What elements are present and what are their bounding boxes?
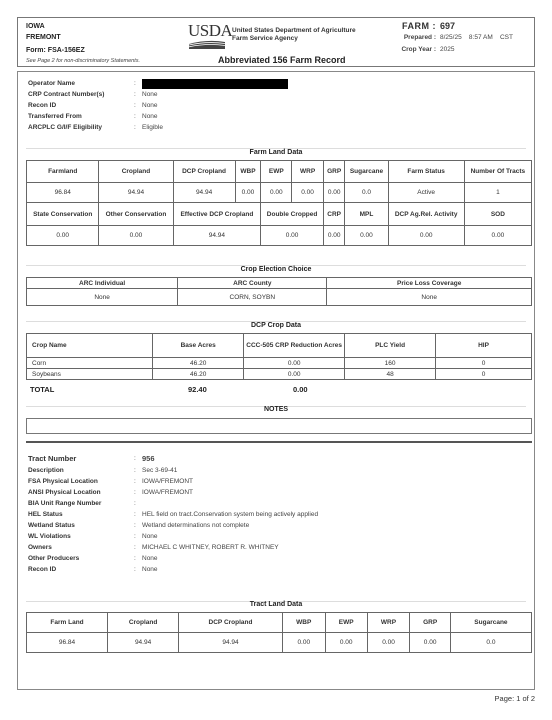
tract-number-row: Tract Number : 956 xyxy=(28,452,318,465)
table-cell: 0.00 xyxy=(235,183,261,203)
form-id: Form: FSA-156EZ xyxy=(26,45,140,56)
dcp-crop-data-title: DCP Crop Data xyxy=(26,322,526,329)
column-header: DCP Cropland xyxy=(173,161,235,183)
column-header: MPL xyxy=(345,203,388,226)
column-header: CRP xyxy=(323,203,345,226)
column-header: Sugarcane xyxy=(345,161,388,183)
field-value: Wetland determinations not complete xyxy=(142,520,249,531)
field-label: HEL Status xyxy=(28,509,134,520)
table-cell: 0.00 xyxy=(282,633,325,653)
document-header: IOWA FREMONT Form: FSA-156EZ See Page 2 … xyxy=(17,17,535,67)
dcp-total-label: TOTAL xyxy=(30,385,54,394)
crop-election-title: Crop Election Choice xyxy=(26,266,526,273)
column-header: DCP Cropland xyxy=(179,613,283,633)
field-value: None xyxy=(142,531,158,542)
field-value: Sec 3-69-41 xyxy=(142,465,177,476)
field-value: None xyxy=(142,564,158,575)
prepared-date: Prepared : 8/25/25 8:57 AM CST xyxy=(378,32,513,44)
table-header-row: Farm LandCroplandDCP CroplandWBPEWPWRPGR… xyxy=(27,613,532,633)
tract-field-row: Other Producers:None xyxy=(28,553,318,564)
table-cell: 1 xyxy=(464,183,531,203)
column-header: Crop Name xyxy=(27,334,153,358)
column-header: ARC County xyxy=(178,278,327,289)
field-value: IOWA/FREMONT xyxy=(142,476,193,487)
column-header: WRP xyxy=(367,613,410,633)
table-cell: 96.84 xyxy=(27,633,108,653)
logo-swoosh-icon xyxy=(189,40,225,49)
field-label: ANSI Physical Location xyxy=(28,487,134,498)
farm-land-data-table: FarmlandCroplandDCP CroplandWBPEWPWRPGRP… xyxy=(26,160,532,246)
tract-field-row: HEL Status:HEL field on tract.Conservati… xyxy=(28,509,318,520)
table-cell: 0.00 xyxy=(388,226,464,246)
column-header: ARC Individual xyxy=(27,278,178,289)
notes-title: NOTES xyxy=(26,406,526,413)
form-label: Form: xyxy=(26,47,46,54)
table-cell: 94.94 xyxy=(173,226,261,246)
farm-land-data-title: Farm Land Data xyxy=(26,149,526,156)
field-label: Recon ID xyxy=(28,564,134,575)
operator-name-row: Operator Name : xyxy=(28,78,288,89)
table-cell: 94.94 xyxy=(173,183,235,203)
tract-field-row: Description:Sec 3-69-41 xyxy=(28,465,318,476)
table-cell: 0.00 xyxy=(261,183,292,203)
tract-divider xyxy=(26,441,532,443)
column-header: Farm Land xyxy=(27,613,108,633)
column-header: Farm Status xyxy=(388,161,464,183)
table-row: NoneCORN, SOYBNNone xyxy=(27,289,532,306)
state-name: IOWA xyxy=(26,21,140,32)
column-header: Price Loss Coverage xyxy=(327,278,532,289)
column-header: Cropland xyxy=(99,161,173,183)
table-cell: 46.20 xyxy=(153,369,244,380)
table-cell: 0.00 xyxy=(464,226,531,246)
column-header: SOD xyxy=(464,203,531,226)
recon-id-row: Recon ID : None xyxy=(28,100,288,111)
column-header: Other Conservation xyxy=(99,203,173,226)
table-cell: None xyxy=(327,289,532,306)
table-cell: Corn xyxy=(27,358,153,369)
table-cell: 0.00 xyxy=(367,633,410,653)
table-cell: 0.00 xyxy=(410,633,450,653)
table-header-row: FarmlandCroplandDCP CroplandWBPEWPWRPGRP… xyxy=(27,161,532,183)
table-cell: 0.0 xyxy=(345,183,388,203)
header-farm-info: FARM : 697 Prepared : 8/25/25 8:57 AM CS… xyxy=(378,20,513,56)
field-value: None xyxy=(142,553,158,564)
column-header: Farmland xyxy=(27,161,99,183)
table-row: 0.000.0094.940.000.000.000.000.00 xyxy=(27,226,532,246)
table-cell: 0.00 xyxy=(99,226,173,246)
nondiscrimination-note: See Page 2 for non-discriminatory Statem… xyxy=(26,56,140,67)
tract-land-data-title: Tract Land Data xyxy=(26,601,526,608)
column-header: EWP xyxy=(325,613,367,633)
crop-election-table: ARC IndividualARC CountyPrice Loss Cover… xyxy=(26,277,532,306)
field-value: MICHAEL C WHITNEY, ROBERT R. WHITNEY xyxy=(142,542,279,553)
table-cell: 0.00 xyxy=(323,183,345,203)
document-title: Abbreviated 156 Farm Record xyxy=(218,55,346,65)
field-label: BIA Unit Range Number xyxy=(28,498,134,509)
table-header-row: State ConservationOther ConservationEffe… xyxy=(27,203,532,226)
table-cell: 94.94 xyxy=(108,633,179,653)
field-label: Other Producers xyxy=(28,553,134,564)
tract-field-row: Recon ID:None xyxy=(28,564,318,575)
header-location: IOWA FREMONT Form: FSA-156EZ See Page 2 … xyxy=(26,21,140,67)
table-cell: 0.00 xyxy=(244,358,345,369)
column-header: WBP xyxy=(282,613,325,633)
field-label: Wetland Status xyxy=(28,520,134,531)
field-value: HEL field on tract.Conservation system b… xyxy=(142,509,318,520)
field-label: Owners xyxy=(28,542,134,553)
table-cell: 160 xyxy=(345,358,436,369)
field-label: FSA Physical Location xyxy=(28,476,134,487)
column-header: Double Cropped xyxy=(261,203,324,226)
column-header: Base Acres xyxy=(153,334,244,358)
table-cell: None xyxy=(27,289,178,306)
column-header: State Conservation xyxy=(27,203,99,226)
tract-field-row: BIA Unit Range Number: xyxy=(28,498,318,509)
column-header: WBP xyxy=(235,161,261,183)
arcplc-eligibility-row: ARCPLC G/I/F Eligibility : Eligible xyxy=(28,122,288,133)
table-cell: 0.0 xyxy=(450,633,531,653)
table-row: Soybeans46.200.00480 xyxy=(27,369,532,380)
notes-box xyxy=(26,418,532,434)
operator-info: Operator Name : CRP Contract Number(s) :… xyxy=(28,78,288,133)
table-header-row: Crop NameBase AcresCCC-505 CRP Reduction… xyxy=(27,334,532,358)
crop-year: Crop Year : 2025 xyxy=(378,44,513,56)
crp-contract-row: CRP Contract Number(s) : None xyxy=(28,89,288,100)
table-row: 96.8494.9494.940.000.000.000.000.0 xyxy=(27,633,532,653)
county-name: FREMONT xyxy=(26,32,140,43)
table-cell: 0 xyxy=(436,358,532,369)
table-cell: 0 xyxy=(436,369,532,380)
table-cell: 48 xyxy=(345,369,436,380)
field-label: WL Violations xyxy=(28,531,134,542)
tract-fields: Description:Sec 3-69-41FSA Physical Loca… xyxy=(28,465,318,575)
column-header: Effective DCP Cropland xyxy=(173,203,261,226)
agency-name: United States Department of Agriculture … xyxy=(232,27,356,43)
farm-record-body: Operator Name : CRP Contract Number(s) :… xyxy=(17,71,535,690)
table-cell: 0.00 xyxy=(261,226,324,246)
column-header: PLC Yield xyxy=(345,334,436,358)
table-cell: 0.00 xyxy=(27,226,99,246)
tract-field-row: Owners:MICHAEL C WHITNEY, ROBERT R. WHIT… xyxy=(28,542,318,553)
column-header: WRP xyxy=(292,161,324,183)
tract-field-row: WL Violations:None xyxy=(28,531,318,542)
column-header: Number Of Tracts xyxy=(464,161,531,183)
table-cell: Soybeans xyxy=(27,369,153,380)
tract-land-data-table: Farm LandCroplandDCP CroplandWBPEWPWRPGR… xyxy=(26,612,532,653)
page-number: Page: 1 of 2 xyxy=(495,694,535,703)
tract-field-row: Wetland Status:Wetland determinations no… xyxy=(28,520,318,531)
table-cell: 94.94 xyxy=(179,633,283,653)
tract-field-row: ANSI Physical Location:IOWA/FREMONT xyxy=(28,487,318,498)
usda-logo-icon: USDA xyxy=(188,23,228,51)
column-header: DCP Ag.Rel. Activity xyxy=(388,203,464,226)
tract-info: Tract Number : 956 Description:Sec 3-69-… xyxy=(28,452,318,575)
field-label: Description xyxy=(28,465,134,476)
table-header-row: ARC IndividualARC CountyPrice Loss Cover… xyxy=(27,278,532,289)
farm-number: FARM : 697 xyxy=(378,20,513,32)
table-cell: 0.00 xyxy=(345,226,388,246)
redacted-operator-name xyxy=(142,79,288,89)
table-cell: Active xyxy=(388,183,464,203)
column-header: CCC-505 CRP Reduction Acres xyxy=(244,334,345,358)
column-header: GRP xyxy=(323,161,345,183)
table-row: 96.8494.9494.940.000.000.000.000.0Active… xyxy=(27,183,532,203)
table-cell: 96.84 xyxy=(27,183,99,203)
dcp-total-base-acres: 92.40 xyxy=(188,385,207,394)
table-cell: CORN, SOYBN xyxy=(178,289,327,306)
table-cell: 0.00 xyxy=(325,633,367,653)
table-cell: 0.00 xyxy=(244,369,345,380)
tract-field-row: FSA Physical Location:IOWA/FREMONT xyxy=(28,476,318,487)
table-cell: 0.00 xyxy=(323,226,345,246)
table-row: Corn46.200.001600 xyxy=(27,358,532,369)
dcp-total-reduction-acres: 0.00 xyxy=(293,385,308,394)
table-cell: 94.94 xyxy=(99,183,173,203)
dcp-crop-data-table: Crop NameBase AcresCCC-505 CRP Reduction… xyxy=(26,333,532,380)
table-cell: 46.20 xyxy=(153,358,244,369)
column-header: Sugarcane xyxy=(450,613,531,633)
transferred-from-row: Transferred From : None xyxy=(28,111,288,122)
column-header: GRP xyxy=(410,613,450,633)
column-header: Cropland xyxy=(108,613,179,633)
column-header: HIP xyxy=(436,334,532,358)
field-value: IOWA/FREMONT xyxy=(142,487,193,498)
table-cell: 0.00 xyxy=(292,183,324,203)
column-header: EWP xyxy=(261,161,292,183)
form-value: FSA-156EZ xyxy=(48,47,85,54)
